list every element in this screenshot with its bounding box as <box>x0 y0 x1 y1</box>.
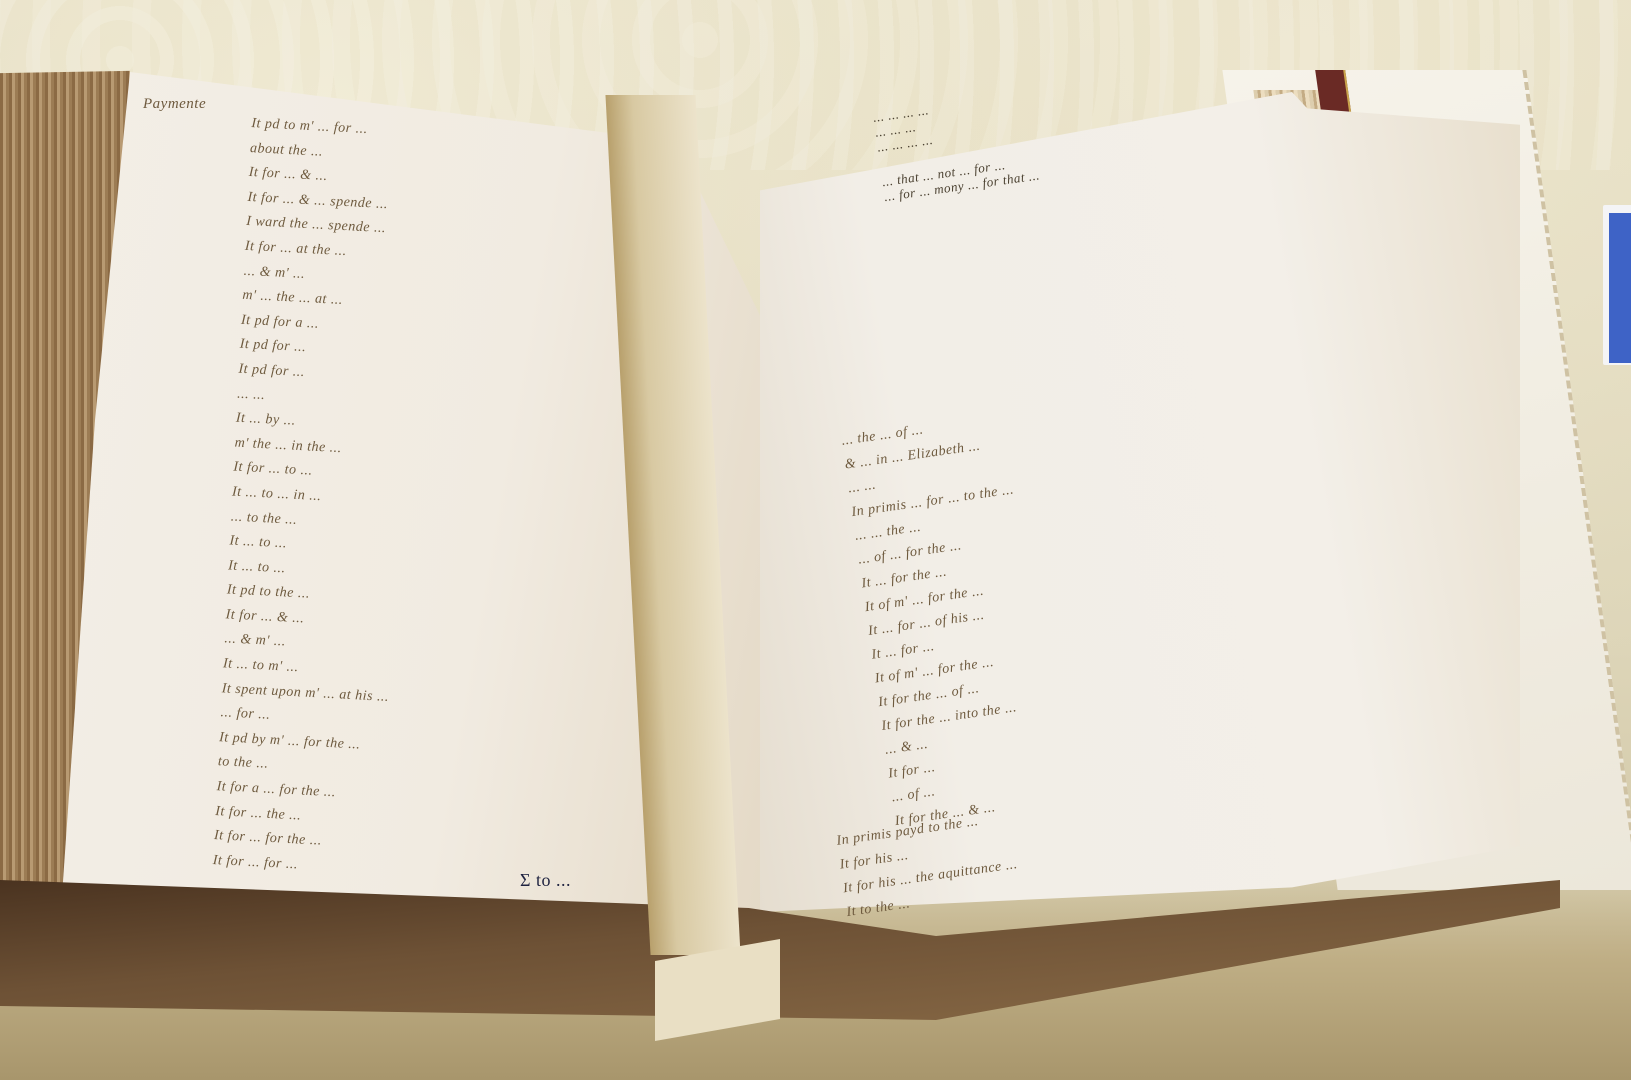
ink-annotation: Σ to ... <box>520 870 571 891</box>
margin-heading: Paymente <box>143 96 206 113</box>
label-card-blue-panel <box>1609 213 1631 363</box>
exhibit-label-card <box>1603 205 1631 365</box>
